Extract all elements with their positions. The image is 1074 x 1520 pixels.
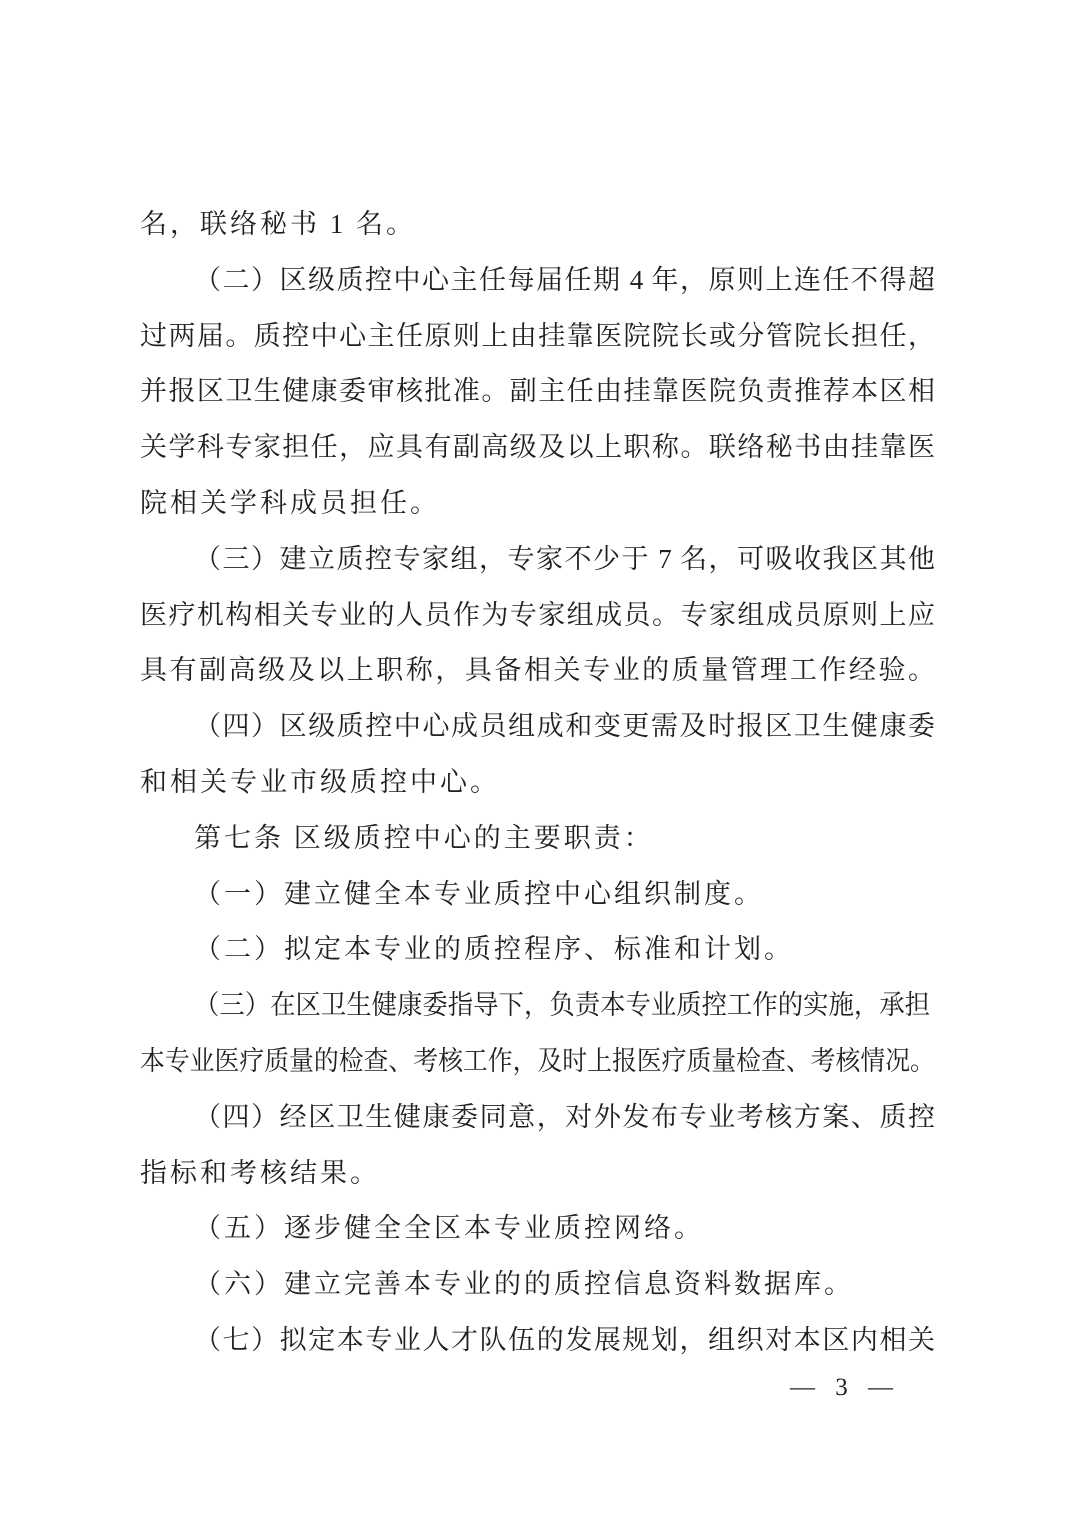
text-line: 过两届。质控中心主任原则上由挂靠医院院长或分管院长担任， <box>140 309 935 365</box>
document-body: 名，联络秘书 1 名。 （二）区级质控中心主任每届任期 4 年，原则上连任不得超… <box>140 197 935 1369</box>
page-number: — 3 — <box>790 1372 900 1404</box>
text-line: 院相关学科成员担任。 <box>140 476 935 532</box>
text-line: （三）建立质控专家组，专家不少于 7 名，可吸收我区其他 <box>140 532 935 588</box>
text-line: 名，联络秘书 1 名。 <box>140 197 935 253</box>
text-line: （四）经区卫生健康委同意，对外发布专业考核方案、质控 <box>140 1090 935 1146</box>
text-line: 医疗机构相关专业的人员作为专家组成员。专家组成员原则上应 <box>140 588 935 644</box>
text-line-article-heading: 第七条 区级质控中心的主要职责： <box>140 811 935 867</box>
text-line: （二）拟定本专业的质控程序、标准和计划。 <box>140 922 935 978</box>
text-line: 关学科专家担任，应具有副高级及以上职称。联络秘书由挂靠医 <box>140 420 935 476</box>
text-line: （七）拟定本专业人才队伍的发展规划，组织对本区内相关 <box>140 1313 935 1369</box>
text-line-content: （三）在区卫生健康委指导下，负责本专业质控工作的实施，承担 <box>194 978 930 1034</box>
text-line: （五）逐步健全全区本专业质控网络。 <box>140 1201 935 1257</box>
text-line: 具有副高级及以上职称，具备相关专业的质量管理工作经验。 <box>140 643 935 699</box>
text-line: （六）建立完善本专业的的质控信息资料数据库。 <box>140 1257 935 1313</box>
text-line: 并报区卫生健康委审核批准。副主任由挂靠医院负责推荐本区相 <box>140 364 935 420</box>
text-line-content: 本专业医疗质量的检查、考核工作，及时上报医疗质量检查、考核情况。 <box>140 1034 935 1090</box>
document-page: 名，联络秘书 1 名。 （二）区级质控中心主任每届任期 4 年，原则上连任不得超… <box>0 0 1074 1520</box>
text-line: （一）建立健全本专业质控中心组织制度。 <box>140 867 935 923</box>
text-line: 和相关专业市级质控中心。 <box>140 755 935 811</box>
text-line: （三）在区卫生健康委指导下，负责本专业质控工作的实施，承担 <box>140 978 935 1034</box>
text-line: （二）区级质控中心主任每届任期 4 年，原则上连任不得超 <box>140 253 935 309</box>
text-line: （四）区级质控中心成员组成和变更需及时报区卫生健康委 <box>140 699 935 755</box>
text-line: 指标和考核结果。 <box>140 1146 935 1202</box>
text-line: 本专业医疗质量的检查、考核工作，及时上报医疗质量检查、考核情况。 <box>140 1034 935 1090</box>
